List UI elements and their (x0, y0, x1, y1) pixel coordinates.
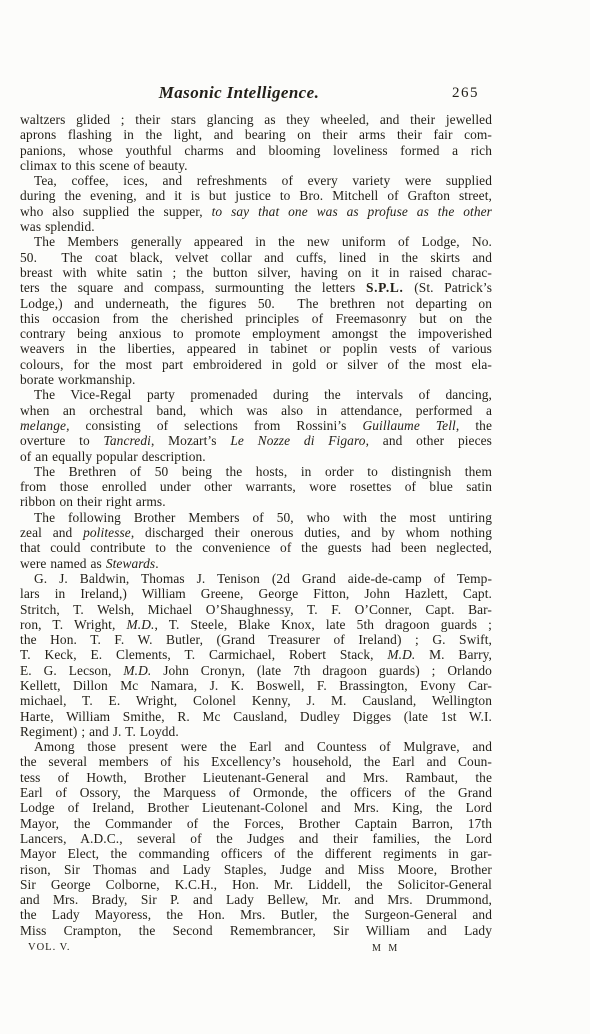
running-title: Masonic Intelligence. (20, 83, 458, 103)
text-segment: . (155, 556, 158, 571)
text-line: Lodge,) and underneath, the figures 50. … (20, 296, 492, 311)
text-line: panions, whose youthful charms and bloom… (20, 143, 492, 158)
text-segment: ron, T. Wright, (20, 617, 127, 632)
text-line: ribbon on their right arms. (20, 494, 492, 509)
text-segment: that could contribute to the convenience… (20, 540, 492, 555)
page-number: 265 (452, 85, 479, 102)
text-segment: ribbon on their right arms. (20, 494, 166, 509)
text-line: The Brethren of 50 being the hosts, in o… (20, 464, 492, 479)
text-segment: Lodge,) and underneath, the figures 50. … (20, 296, 492, 311)
text-line: colours, for the most part embroidered i… (20, 357, 492, 372)
text-segment: and Mrs. Brady, Sir P. and Lady Bellew, … (20, 892, 492, 907)
italic-text: Le Nozze di Figaro (230, 433, 365, 448)
text-line: Mayor, the Commander of the Forces, Brot… (20, 816, 492, 831)
italic-text: M.D. (387, 647, 415, 662)
text-line: The Vice-Regal party promenaded during t… (20, 387, 492, 402)
text-segment: (St. Patrick’s (404, 280, 492, 295)
text-segment: , discharged their onerous duties, and b… (131, 525, 492, 540)
text-line: E. G. Lecson, M.D. John Cronyn, (late 7t… (20, 663, 492, 678)
text-line: from those enrolled under other warrants… (20, 479, 492, 494)
text-line: of an equally popular description. (20, 449, 492, 464)
printer-signature: M M (372, 943, 400, 954)
text-line: zeal and politesse, discharged their one… (20, 525, 492, 540)
text-segment: M. Barry, (415, 647, 492, 662)
paragraph: G. J. Baldwin, Thomas J. Tenison (2d Gra… (20, 571, 492, 739)
italic-text: melange, (20, 418, 70, 433)
scanned-page: Masonic Intelligence. 265 waltzers glide… (0, 0, 590, 1034)
text-segment: Miss Crampton, the Second Remembrancer, … (20, 923, 492, 938)
text-segment: Tea, coffee, ices, and refreshments of e… (34, 173, 492, 188)
italic-text: Tancredi (104, 433, 151, 448)
text-line: Harte, William Smithe, R. Mc Causland, D… (20, 709, 492, 724)
text-segment: The Brethren of 50 being the hosts, in o… (34, 464, 492, 479)
text-segment: contrary being anxious to promote employ… (20, 326, 492, 341)
text-line: contrary being anxious to promote employ… (20, 326, 492, 341)
text-line: who also supplied the supper, to say tha… (20, 204, 492, 219)
text-segment: breast with white satin ; the button sil… (20, 265, 492, 280)
italic-text: Guillaume Tell (362, 418, 455, 433)
text-segment: Mayor Elect, the commanding officers of … (20, 846, 492, 861)
text-line: Regiment) ; and J. T. Loydd. (20, 724, 492, 739)
text-line: rison, Sir Thomas and Lady Staples, Judg… (20, 862, 492, 877)
text-line: tess of Howth, Brother Lieutenant-Genera… (20, 770, 492, 785)
text-line: Miss Crampton, the Second Remembrancer, … (20, 923, 492, 938)
text-segment: zeal and (20, 525, 83, 540)
text-line: during the evening, and it is but justic… (20, 188, 492, 203)
text-line: breast with white satin ; the button sil… (20, 265, 492, 280)
text-line: Earl of Ossory, the Marquess of Ormonde,… (20, 785, 492, 800)
text-line: aprons flashing in the light, and bearin… (20, 127, 492, 142)
text-line: the Lady Mayoress, the Hon. Mrs. Butler,… (20, 907, 492, 922)
text-line: this occasion from the cherished princip… (20, 311, 492, 326)
text-line: Lancers, A.D.C., several of the Judges a… (20, 831, 492, 846)
text-line: ron, T. Wright, M.D., T. Steele, Blake K… (20, 617, 492, 632)
text-segment: the Hon. T. F. W. Butler, (Grand Treasur… (20, 632, 492, 647)
text-segment: the several members of his Excellency’s … (20, 754, 492, 769)
text-segment: , and other pieces (366, 433, 492, 448)
text-segment: of an equally popular description. (20, 449, 206, 464)
italic-text: M.D. (127, 617, 155, 632)
text-segment: who also supplied the supper, (20, 204, 212, 219)
paragraph: The Vice-Regal party promenaded during t… (20, 387, 492, 463)
text-segment: Mayor, the Commander of the Forces, Brot… (20, 816, 492, 831)
italic-text: to say that one was as profuse as the ot… (212, 204, 492, 219)
paragraph: waltzers glided ; their stars glancing a… (20, 112, 492, 173)
text-line: climax to this scene of beauty. (20, 158, 492, 173)
text-segment: this occasion from the cherished princip… (20, 311, 492, 326)
text-line: 50. The coat black, velvet collar and cu… (20, 250, 492, 265)
text-line: when an orchestral band, which was also … (20, 403, 492, 418)
text-segment: lars in Ireland,) William Greene, George… (20, 586, 492, 601)
page-body: waltzers glided ; their stars glancing a… (20, 112, 492, 938)
text-segment: John Cronyn, (late 7th dragoon guards) ;… (151, 663, 492, 678)
text-line: the Hon. T. F. W. Butler, (Grand Treasur… (20, 632, 492, 647)
text-segment: borate workmanship. (20, 372, 135, 387)
text-segment: when an orchestral band, which was also … (20, 403, 492, 418)
text-segment: tess of Howth, Brother Lieutenant-Genera… (20, 770, 492, 785)
text-line: Stritch, T. Welsh, Michael O’Shaughnessy… (20, 602, 492, 617)
text-segment: E. G. Lecson, (20, 663, 123, 678)
italic-text: Stewards (106, 556, 155, 571)
text-line: Kellett, Dillon Mc Namara, J. K. Boswell… (20, 678, 492, 693)
text-line: the several members of his Excellency’s … (20, 754, 492, 769)
text-segment: The following Brother Members of 50, who… (34, 510, 492, 525)
text-line: Lodge of Ireland, Brother Lieutenant-Col… (20, 800, 492, 815)
text-segment: Earl of Ossory, the Marquess of Ormonde,… (20, 785, 492, 800)
text-segment: panions, whose youthful charms and bloom… (20, 143, 492, 158)
text-segment: Among those present were the Earl and Co… (34, 739, 492, 754)
text-segment: The Members generally appeared in the ne… (34, 234, 492, 249)
text-line: was splendid. (20, 219, 492, 234)
text-segment: G. J. Baldwin, Thomas J. Tenison (2d Gra… (34, 571, 492, 586)
text-segment: rison, Sir Thomas and Lady Staples, Judg… (20, 862, 492, 877)
text-segment: during the evening, and it is but justic… (20, 188, 492, 203)
text-segment: The Vice-Regal party promenaded during t… (34, 387, 492, 402)
text-segment: Stritch, T. Welsh, Michael O’Shaughnessy… (20, 602, 492, 617)
text-line: and Mrs. Brady, Sir P. and Lady Bellew, … (20, 892, 492, 907)
text-segment: overture to (20, 433, 104, 448)
text-segment: ters the square and compass, surmounting… (20, 280, 366, 295)
text-segment: Kellett, Dillon Mc Namara, J. K. Boswell… (20, 678, 492, 693)
text-segment: waltzers glided ; their stars glancing a… (20, 112, 492, 127)
text-line: Sir George Colborne, K.C.H., Hon. Mr. Li… (20, 877, 492, 892)
text-segment: weavers in the liberties, appeared in ta… (20, 341, 492, 356)
text-segment: Sir George Colborne, K.C.H., Hon. Mr. Li… (20, 877, 492, 892)
text-segment: Lancers, A.D.C., several of the Judges a… (20, 831, 492, 846)
text-line: melange, consisting of selections from R… (20, 418, 492, 433)
text-segment: Regiment) ; and J. T. Loydd. (20, 724, 179, 739)
text-line: lars in Ireland,) William Greene, George… (20, 586, 492, 601)
text-line: T. Keck, E. Clements, T. Carmichael, Rob… (20, 647, 492, 662)
paragraph: Tea, coffee, ices, and refreshments of e… (20, 173, 492, 234)
text-segment: Lodge of Ireland, Brother Lieutenant-Col… (20, 800, 492, 815)
text-line: Mayor Elect, the commanding officers of … (20, 846, 492, 861)
text-line: michael, T. E. Wright, Colonel Kenny, J.… (20, 693, 492, 708)
text-segment: were named as (20, 556, 106, 571)
text-line: The Members generally appeared in the ne… (20, 234, 492, 249)
text-line: that could contribute to the convenience… (20, 540, 492, 555)
text-segment: aprons flashing in the light, and bearin… (20, 127, 492, 142)
text-segment: michael, T. E. Wright, Colonel Kenny, J.… (20, 693, 492, 708)
text-segment: T. Keck, E. Clements, T. Carmichael, Rob… (20, 647, 387, 662)
text-line: ters the square and compass, surmounting… (20, 280, 492, 295)
text-line: G. J. Baldwin, Thomas J. Tenison (2d Gra… (20, 571, 492, 586)
paragraph: The Brethren of 50 being the hosts, in o… (20, 464, 492, 510)
text-line: Among those present were the Earl and Co… (20, 739, 492, 754)
text-line: The following Brother Members of 50, who… (20, 510, 492, 525)
text-segment: the Lady Mayoress, the Hon. Mrs. Butler,… (20, 907, 492, 922)
text-segment: 50. The coat black, velvet collar and cu… (20, 250, 492, 265)
text-segment: Harte, William Smithe, R. Mc Causland, D… (20, 709, 492, 724)
text-segment: , the (456, 418, 492, 433)
blackletter-text: S.P.L. (366, 280, 404, 295)
text-segment: climax to this scene of beauty. (20, 158, 188, 173)
text-line: weavers in the liberties, appeared in ta… (20, 341, 492, 356)
text-segment: , T. Steele, Blake Knox, late 5th dragoo… (154, 617, 492, 632)
text-segment: was splendid. (20, 219, 95, 234)
italic-text: politesse (83, 525, 131, 540)
text-segment: colours, for the most part embroidered i… (20, 357, 492, 372)
italic-text: M.D. (123, 663, 151, 678)
volume-label: VOL. V. (28, 942, 71, 953)
text-segment: , Mozart’s (151, 433, 230, 448)
text-line: were named as Stewards. (20, 556, 492, 571)
paragraph: The following Brother Members of 50, who… (20, 510, 492, 571)
text-line: overture to Tancredi, Mozart’s Le Nozze … (20, 433, 492, 448)
text-line: waltzers glided ; their stars glancing a… (20, 112, 492, 127)
page-footer: VOL. V. M M (20, 942, 492, 956)
text-segment: consisting of selections from Rossini’s (70, 418, 363, 433)
paragraph: Among those present were the Earl and Co… (20, 739, 492, 938)
page-header: Masonic Intelligence. 265 (20, 83, 492, 105)
text-line: Tea, coffee, ices, and refreshments of e… (20, 173, 492, 188)
paragraph: The Members generally appeared in the ne… (20, 234, 492, 387)
text-segment: from those enrolled under other warrants… (20, 479, 492, 494)
text-line: borate workmanship. (20, 372, 492, 387)
